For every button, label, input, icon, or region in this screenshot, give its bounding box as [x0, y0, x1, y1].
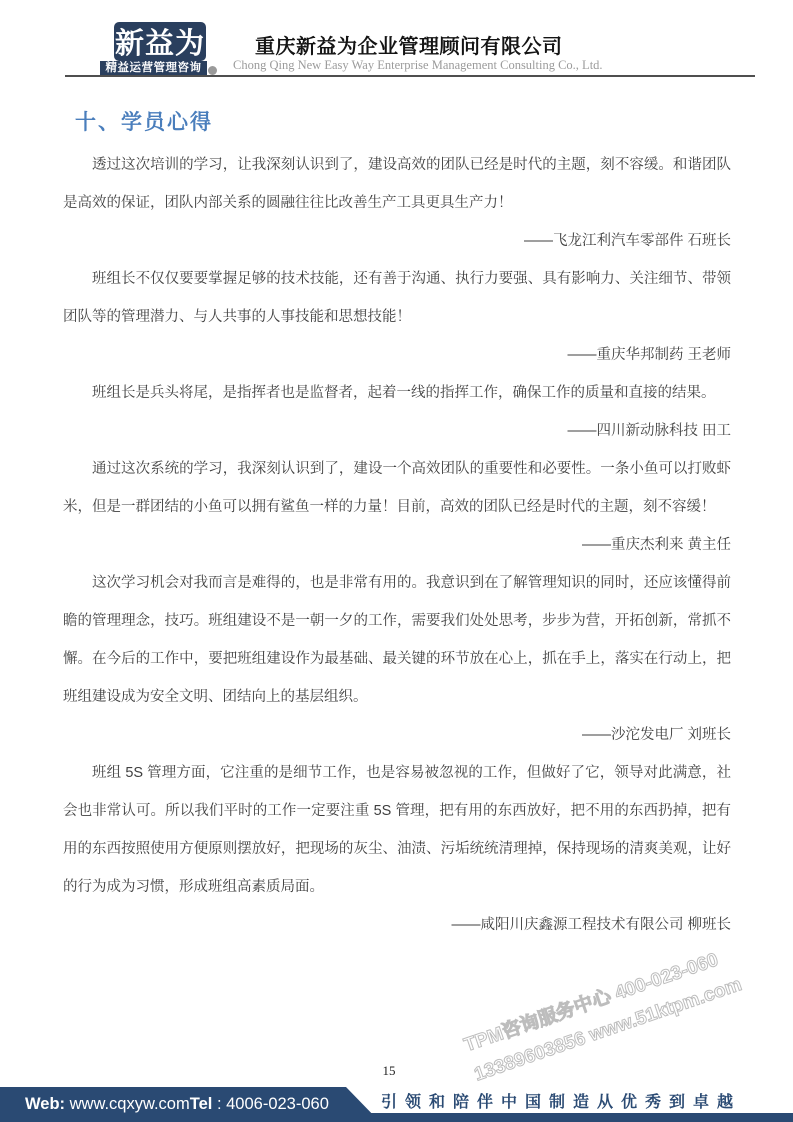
- logo-dot-icon: [208, 66, 217, 75]
- testimonial-attribution: ——沙沱发电厂 刘班长: [63, 716, 731, 754]
- testimonial-text: 通过这次系统的学习，我深刻认识到了，建设一个高效团队的重要性和必要性。一条小鱼可…: [63, 450, 731, 526]
- company-name-en: Chong Qing New Easy Way Enterprise Manag…: [233, 58, 603, 73]
- footer-tel-value: : 4006-023-060: [212, 1095, 329, 1113]
- document-page: 新益为 精益运营管理咨询 重庆新益为企业管理顾问有限公司 Chong Qing …: [0, 0, 793, 1122]
- testimonial-attribution: ——飞龙江利汽车零部件 石班长: [63, 222, 731, 260]
- footer-web-value: www.cqxyw.com: [65, 1095, 190, 1113]
- testimonial-text: 班组长不仅仅要要掌握足够的技术技能，还有善于沟通、执行力要强、具有影响力、关注细…: [63, 260, 731, 336]
- section-title: 十、学员心得: [75, 106, 213, 136]
- footer-slogan: 引领和陪伴中国制造从优秀到卓越: [372, 1089, 750, 1112]
- footer-web-label: Web:: [25, 1095, 65, 1113]
- testimonial-text: 班组 5S 管理方面，它注重的是细节工作，也是容易被忽视的工作，但做好了它，领导…: [63, 754, 731, 906]
- testimonial-attribution: ——重庆华邦制药 王老师: [63, 336, 731, 374]
- testimonial-attribution: ——四川新动脉科技 田工: [63, 412, 731, 450]
- logo-tagline: 精益运营管理咨询: [100, 61, 207, 75]
- logo-text: 新益为: [115, 21, 205, 62]
- footer-tel-label: Tel: [190, 1095, 213, 1113]
- testimonial-attribution: ——重庆杰利来 黄主任: [63, 526, 731, 564]
- testimonial-text: 班组长是兵头将尾，是指挥者也是监督者，起着一线的指挥工作，确保工作的质量和直接的…: [63, 374, 731, 412]
- testimonial-text: 这次学习机会对我而言是难得的，也是非常有用的。我意识到在了解管理知识的同时，还应…: [63, 564, 731, 716]
- page-number: 15: [0, 1063, 778, 1079]
- testimonial-text: 透过这次培训的学习，让我深刻认识到了，建设高效的团队已经是时代的主题，刻不容缓。…: [63, 146, 731, 222]
- testimonials-list: 透过这次培训的学习，让我深刻认识到了，建设高效的团队已经是时代的主题，刻不容缓。…: [63, 146, 731, 944]
- header-divider: [65, 75, 755, 77]
- company-name-cn: 重庆新益为企业管理顾问有限公司: [255, 30, 563, 59]
- testimonial-attribution: ——咸阳川庆鑫源工程技术有限公司 柳班长: [63, 906, 731, 944]
- watermark-line1: TPM咨询服务中心 400-023-060: [460, 940, 736, 1061]
- footer-contact: Web: www.cqxyw.comTel : 4006-023-060: [0, 1087, 380, 1122]
- company-logo: 新益为: [114, 22, 206, 61]
